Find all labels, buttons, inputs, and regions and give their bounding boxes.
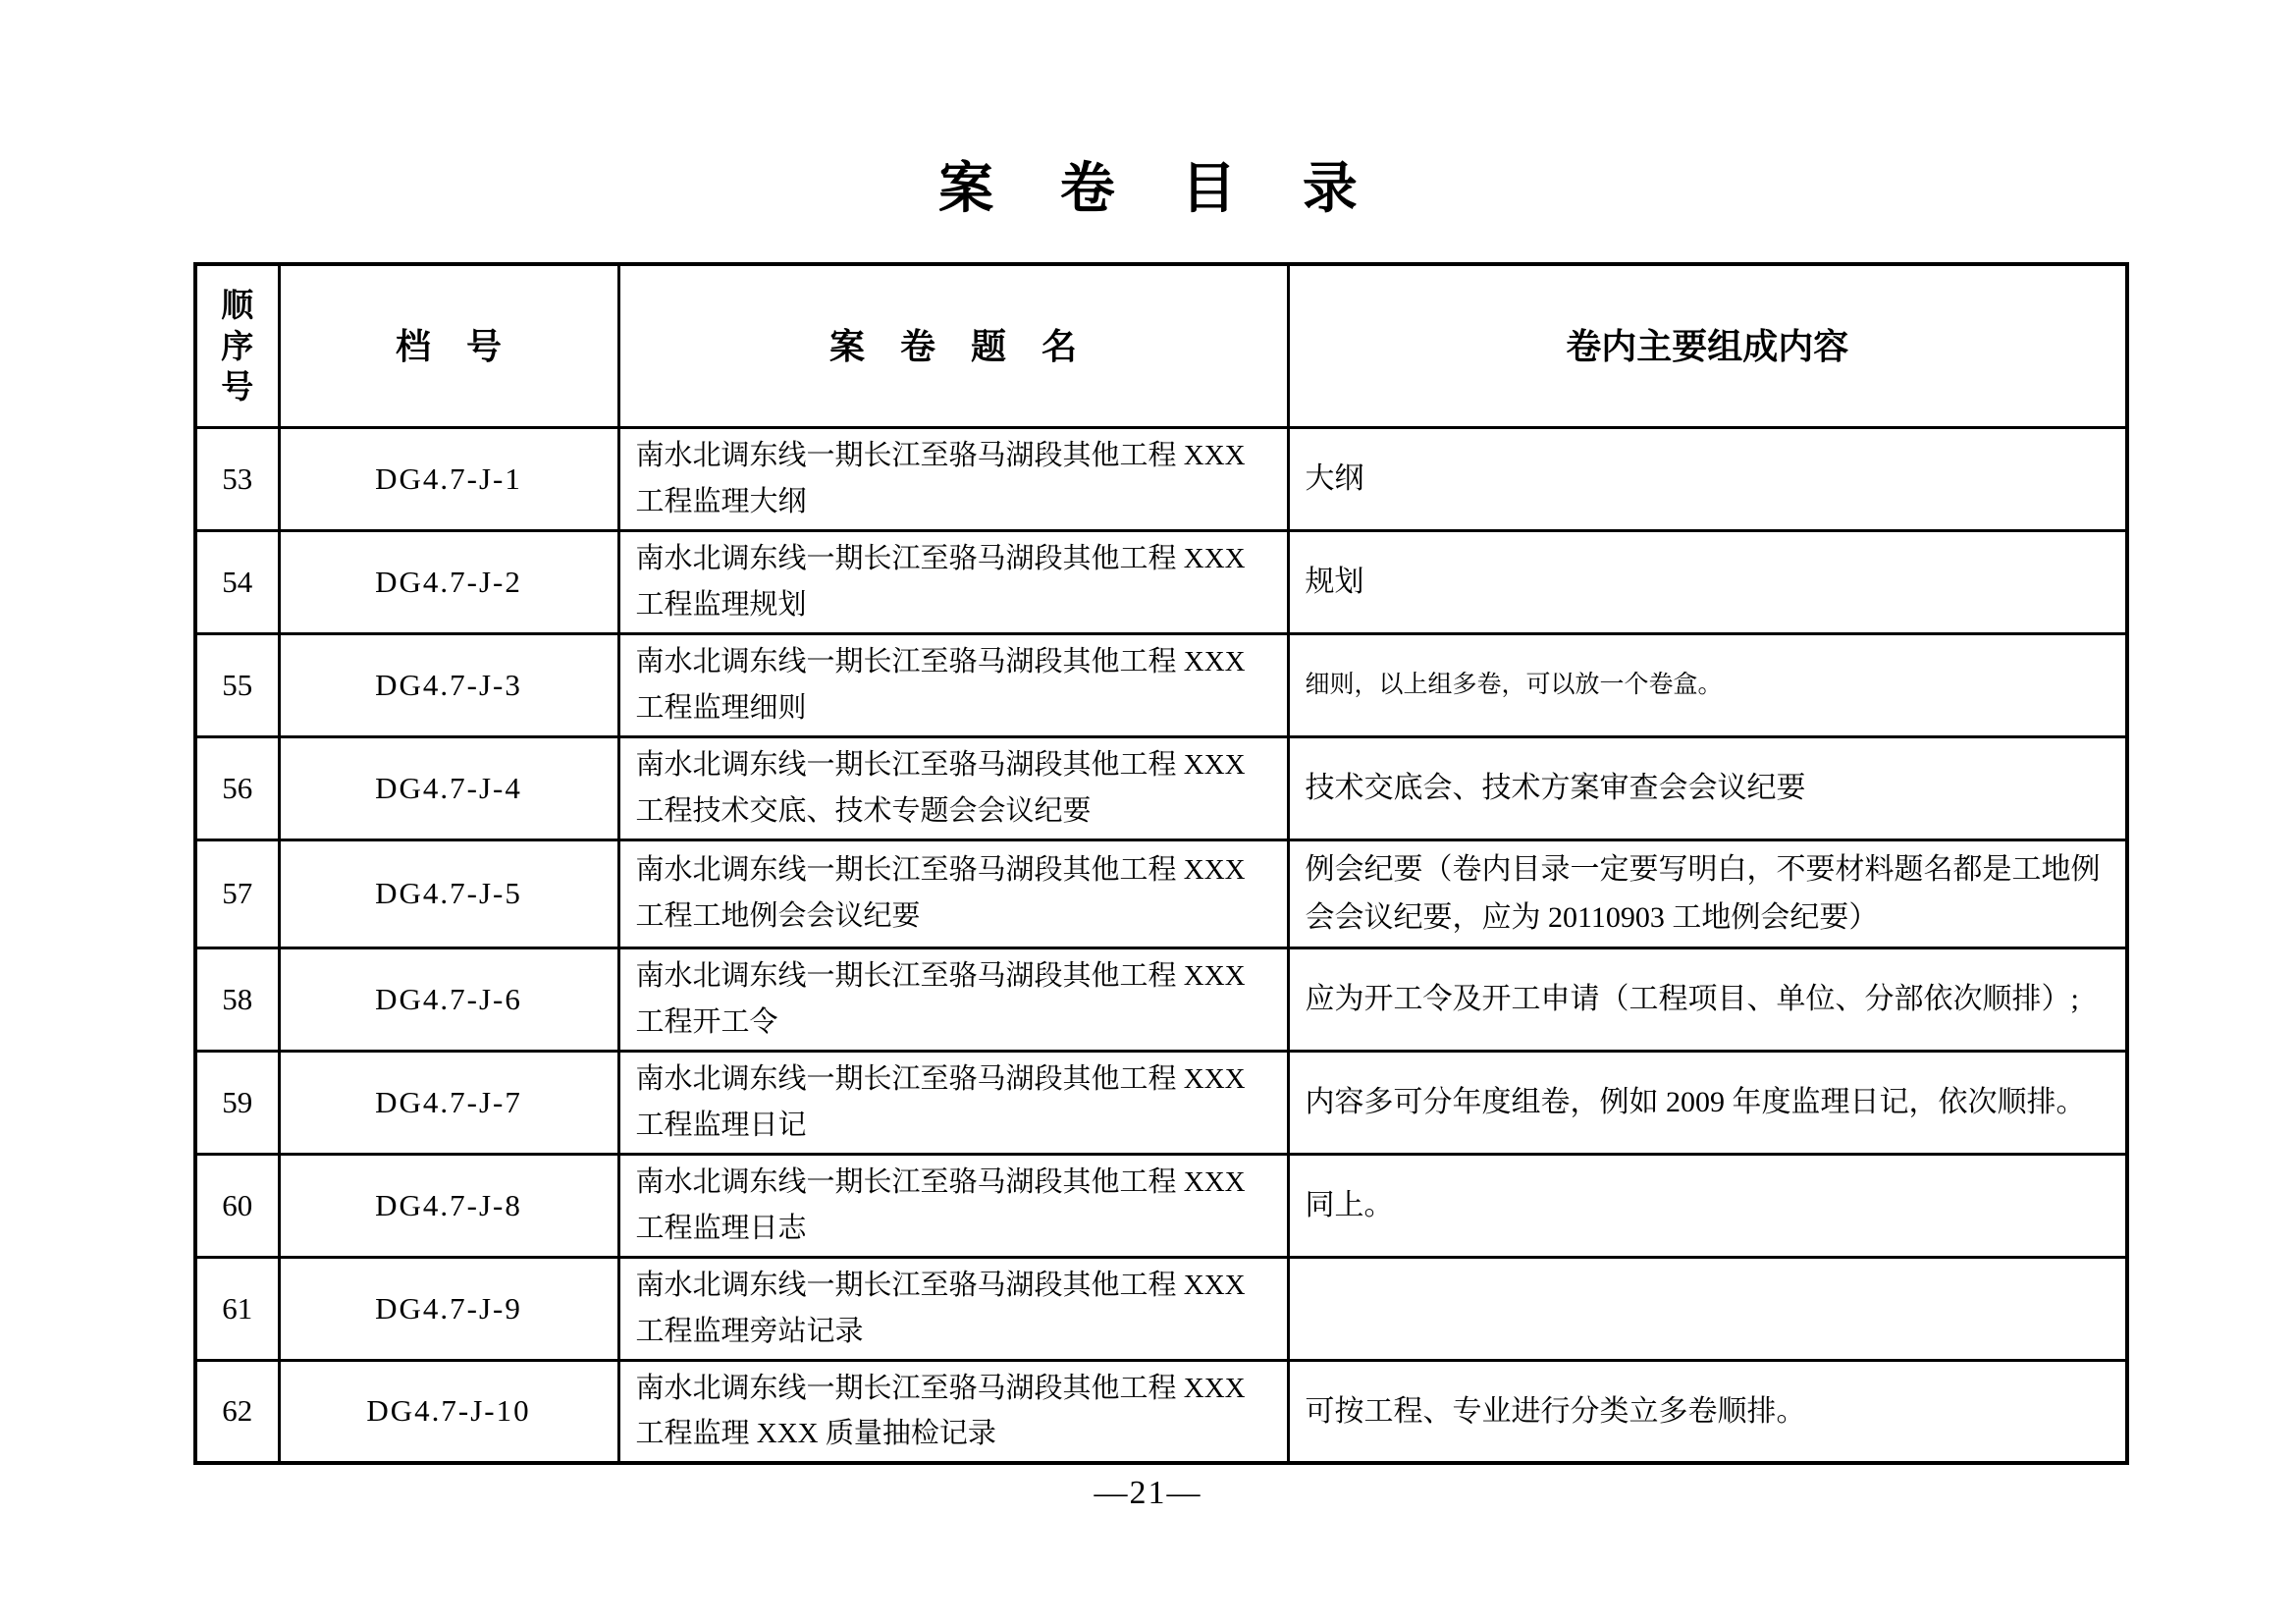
page-number: —21— [0,1475,2296,1512]
file-number-cell: DG4.7-J-7 [279,1051,618,1154]
table-row: 55 DG4.7-J-3 南水北调东线一期长江至骆马湖段其他工程 XXX 工程监… [195,633,2127,736]
main-contents-cell: 细则，以上组多卷，可以放一个卷盒。 [1288,633,2127,736]
table-row: 58 DG4.7-J-6 南水北调东线一期长江至骆马湖段其他工程 XXX 工程开… [195,947,2127,1051]
volume-title-cell: 南水北调东线一期长江至骆马湖段其他工程 XXX 工程监理 XXX 质量抽检记录 [618,1360,1288,1463]
volume-title-cell: 南水北调东线一期长江至骆马湖段其他工程 XXX 工程监理日记 [618,1051,1288,1154]
catalog-table-header: 顺序号 档 号 案 卷 题 名 卷内主要组成内容 [195,264,2127,427]
main-contents-cell: 内容多可分年度组卷，例如 2009 年度监理日记，依次顺排。 [1288,1051,2127,1154]
catalog-table: 顺序号 档 号 案 卷 题 名 卷内主要组成内容 53 DG4.7-J-1 南水… [193,262,2129,1465]
main-contents-cell: 同上。 [1288,1154,2127,1257]
sequence-number-cell: 56 [195,736,279,839]
volume-title-cell: 南水北调东线一期长江至骆马湖段其他工程 XXX 工程监理细则 [618,633,1288,736]
sequence-number-cell: 60 [195,1154,279,1257]
volume-title-cell: 南水北调东线一期长江至骆马湖段其他工程 XXX 工程监理旁站记录 [618,1257,1288,1360]
table-row: 57 DG4.7-J-5 南水北调东线一期长江至骆马湖段其他工程 XXX 工程工… [195,839,2127,947]
table-row: 54 DG4.7-J-2 南水北调东线一期长江至骆马湖段其他工程 XXX 工程监… [195,530,2127,633]
header-row: 顺序号 档 号 案 卷 题 名 卷内主要组成内容 [195,264,2127,427]
sequence-number-cell: 53 [195,427,279,530]
sequence-number-cell: 57 [195,839,279,947]
table-row: 61 DG4.7-J-9 南水北调东线一期长江至骆马湖段其他工程 XXX 工程监… [195,1257,2127,1360]
column-header-main-contents: 卷内主要组成内容 [1288,264,2127,427]
volume-title-cell: 南水北调东线一期长江至骆马湖段其他工程 XXX 工程监理大纲 [618,427,1288,530]
document-page: 案 卷 目 录 顺序号 档 号 案 卷 题 名 卷内主要组成内容 53 DG4.… [0,0,2296,1624]
file-number-cell: DG4.7-J-2 [279,530,618,633]
file-number-cell: DG4.7-J-6 [279,947,618,1051]
main-contents-cell: 例会纪要（卷内目录一定要写明白，不要材料题名都是工地例会会议纪要，应为 2011… [1288,839,2127,947]
volume-title-cell: 南水北调东线一期长江至骆马湖段其他工程 XXX 工程监理规划 [618,530,1288,633]
file-number-cell: DG4.7-J-1 [279,427,618,530]
volume-title-cell: 南水北调东线一期长江至骆马湖段其他工程 XXX 工程开工令 [618,947,1288,1051]
table-row: 62 DG4.7-J-10 南水北调东线一期长江至骆马湖段其他工程 XXX 工程… [195,1360,2127,1463]
file-number-cell: DG4.7-J-8 [279,1154,618,1257]
page-title: 案 卷 目 录 [0,145,2296,224]
sequence-number-cell: 54 [195,530,279,633]
volume-title-cell: 南水北调东线一期长江至骆马湖段其他工程 XXX 工程监理日志 [618,1154,1288,1257]
file-number-cell: DG4.7-J-3 [279,633,618,736]
column-header-sequence-number: 顺序号 [195,264,279,427]
column-header-volume-title: 案 卷 题 名 [618,264,1288,427]
file-number-cell: DG4.7-J-5 [279,839,618,947]
sequence-number-cell: 58 [195,947,279,1051]
sequence-number-cell: 59 [195,1051,279,1154]
file-number-cell: DG4.7-J-10 [279,1360,618,1463]
catalog-table-body: 53 DG4.7-J-1 南水北调东线一期长江至骆马湖段其他工程 XXX 工程监… [195,427,2127,1463]
sequence-number-cell: 62 [195,1360,279,1463]
main-contents-cell: 技术交底会、技术方案审查会会议纪要 [1288,736,2127,839]
main-contents-cell: 规划 [1288,530,2127,633]
table-row: 60 DG4.7-J-8 南水北调东线一期长江至骆马湖段其他工程 XXX 工程监… [195,1154,2127,1257]
main-contents-cell: 应为开工令及开工申请（工程项目、单位、分部依次顺排）; [1288,947,2127,1051]
table-row: 53 DG4.7-J-1 南水北调东线一期长江至骆马湖段其他工程 XXX 工程监… [195,427,2127,530]
main-contents-cell: 大纲 [1288,427,2127,530]
sequence-number-cell: 61 [195,1257,279,1360]
file-number-cell: DG4.7-J-9 [279,1257,618,1360]
main-contents-cell: 可按工程、专业进行分类立多卷顺排。 [1288,1360,2127,1463]
column-header-file-number: 档 号 [279,264,618,427]
volume-title-cell: 南水北调东线一期长江至骆马湖段其他工程 XXX 工程技术交底、技术专题会会议纪要 [618,736,1288,839]
main-contents-cell [1288,1257,2127,1360]
file-number-cell: DG4.7-J-4 [279,736,618,839]
table-row: 56 DG4.7-J-4 南水北调东线一期长江至骆马湖段其他工程 XXX 工程技… [195,736,2127,839]
table-row: 59 DG4.7-J-7 南水北调东线一期长江至骆马湖段其他工程 XXX 工程监… [195,1051,2127,1154]
volume-title-cell: 南水北调东线一期长江至骆马湖段其他工程 XXX 工程工地例会会议纪要 [618,839,1288,947]
sequence-number-cell: 55 [195,633,279,736]
